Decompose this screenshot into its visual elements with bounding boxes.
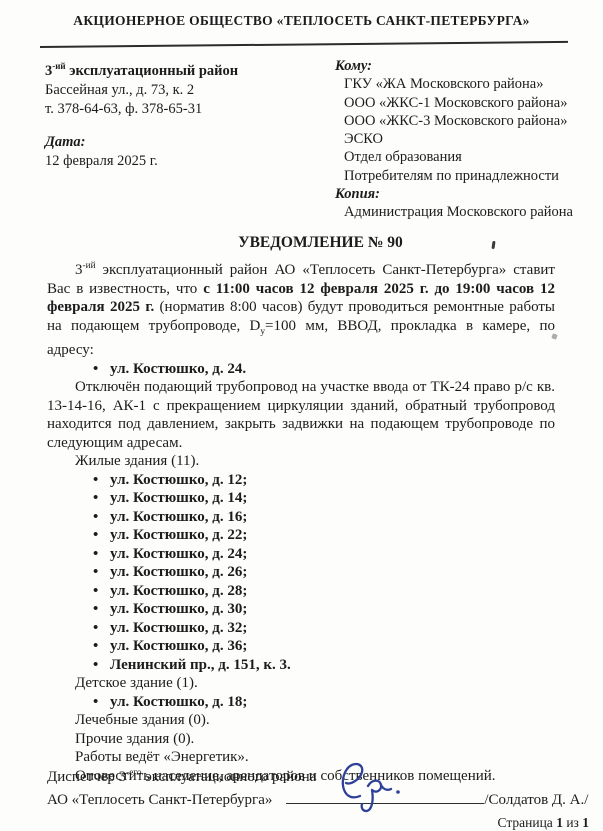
- address-list-item: •ул. Костюшко, д. 16;: [47, 508, 555, 527]
- page-number-line: Страница 1 из 1: [47, 813, 589, 831]
- address-text: ул. Костюшко, д. 24;: [110, 546, 247, 562]
- date-label: Дата:: [45, 133, 335, 152]
- address-text: ул. Костюшко, д. 12;: [110, 472, 247, 488]
- address-text: ул. Костюшко, д. 30;: [110, 601, 247, 617]
- address-list-item: •ул. Костюшко, д. 28;: [47, 582, 555, 601]
- bullet-icon: •: [93, 526, 98, 545]
- intro-paragraph: 3-ий эксплуатационный район АО «Теплосет…: [47, 257, 555, 360]
- address-text: ул. Костюшко, д. 14;: [110, 490, 247, 506]
- sender-district: 3-ий эксплуатационный район: [45, 57, 335, 81]
- page-number: 1: [556, 815, 563, 830]
- copy-label: Копия:: [335, 185, 585, 203]
- district-name: эксплуатационный район: [66, 63, 239, 79]
- role-ordinal-suffix: -его: [126, 768, 141, 778]
- bullet-icon: •: [93, 508, 98, 527]
- handwritten-signature: [332, 758, 418, 814]
- scanned-notice-page: АКЦИОНЕРНОЕ ОБЩЕСТВО «ТЕПЛОСЕТЬ САНКТ-ПЕ…: [0, 0, 603, 831]
- footer-org: АО «Теплосеть Санкт-Петербурга»: [47, 791, 272, 810]
- bullet-icon: •: [93, 656, 98, 675]
- sender-address: Бассейная ул., д. 73, к. 2: [45, 81, 335, 100]
- bullet-icon: •: [93, 619, 98, 638]
- address-text: ул. Костюшко, д. 28;: [110, 583, 247, 599]
- district-ordinal-suffix: -ий: [52, 61, 65, 71]
- footer: Диспетчер 3-его эксплуатационного района…: [47, 764, 589, 831]
- date-value: 12 февраля 2025 г.: [45, 152, 335, 171]
- role-text: эксплуатационного района: [142, 769, 317, 785]
- address-text: ул. Костюшко, д. 22;: [110, 527, 247, 543]
- sender-block: 3-ий эксплуатационный район Бассейная ул…: [45, 57, 335, 222]
- role-text: Диспетчер 3: [47, 769, 126, 785]
- bullet-icon: •: [93, 360, 98, 379]
- signature-row: АО «Теплосеть Санкт-Петербурга» /Солдато…: [47, 787, 589, 810]
- signature-line: [286, 787, 484, 804]
- dispatcher-role-line: Диспетчер 3-его эксплуатационного района: [47, 764, 589, 787]
- address-list-item: •ул. Костюшко, д. 36;: [47, 637, 555, 656]
- bullet-icon: •: [93, 545, 98, 564]
- address-list-item: •ул. Костюшко, д. 30;: [47, 600, 555, 619]
- address-list-item: •ул. Костюшко, д. 12;: [47, 471, 555, 490]
- address-list-item: •ул. Костюшко, д. 26;: [47, 563, 555, 582]
- bullet-icon: •: [93, 489, 98, 508]
- district-number: 3: [75, 262, 83, 278]
- work-address-bullet: •ул. Костюшко, д. 24.: [47, 360, 555, 379]
- recipient-item: ООО «ЖКС-3 Московского района»: [335, 112, 585, 130]
- medical-section-header: Лечебные здания (0).: [47, 711, 555, 730]
- recipient-item: ООО «ЖКС-1 Московского района»: [335, 94, 585, 112]
- address-list-item: •Ленинский пр., д. 151, к. 3.: [47, 656, 555, 675]
- address-text: ул. Костюшко, д. 18;: [110, 694, 247, 710]
- letterhead: 3-ий эксплуатационный район Бассейная ул…: [45, 57, 585, 222]
- page-total: 1: [582, 815, 589, 830]
- children-section-header: Детское здание (1).: [47, 674, 555, 693]
- recipient-item: ЭСКО: [335, 130, 585, 148]
- bullet-icon: •: [93, 693, 98, 712]
- recipients-block: Кому: ГКУ «ЖА Московского района» ООО «Ж…: [335, 57, 585, 222]
- organization-header: АКЦИОНЕРНОЕ ОБЩЕСТВО «ТЕПЛОСЕТЬ САНКТ-ПЕ…: [0, 13, 603, 29]
- shutdown-details-paragraph: Отключён подающий трубопровод на участке…: [47, 378, 555, 452]
- address-text: ул. Костюшко, д. 16;: [110, 509, 247, 525]
- of-word: из: [566, 815, 579, 830]
- address-list-item: •ул. Костюшко, д. 24;: [47, 545, 555, 564]
- bullet-icon: •: [93, 582, 98, 601]
- other-section-header: Прочие здания (0).: [47, 730, 555, 749]
- address-list-item: •ул. Костюшко, д. 22;: [47, 526, 555, 545]
- header-divider: [40, 41, 568, 48]
- notice-body: 3-ий эксплуатационный район АО «Теплосет…: [47, 257, 555, 785]
- address-list-item: •ул. Костюшко, д. 32;: [47, 619, 555, 638]
- address-text: ул. Костюшко, д. 32;: [110, 620, 247, 636]
- copy-recipient-item: Администрация Московского района: [335, 203, 585, 221]
- bullet-icon: •: [93, 600, 98, 619]
- address-text: ул. Костюшко, д. 36;: [110, 638, 247, 654]
- address-list-item: •ул. Костюшко, д. 18;: [47, 693, 555, 712]
- recipient-item: Потребителям по принадлежности: [335, 167, 585, 185]
- signee-name: /Солдатов Д. А./: [484, 791, 588, 810]
- to-label: Кому:: [335, 57, 585, 75]
- recipient-item: Отдел образования: [335, 148, 585, 166]
- bullet-icon: •: [93, 471, 98, 490]
- residential-section-header: Жилые здания (11).: [47, 452, 555, 471]
- document-title: УВЕДОМЛЕНИЕ № 90: [19, 234, 603, 252]
- district-ordinal-suffix: -ий: [83, 261, 96, 271]
- page-word: Страница: [498, 815, 553, 830]
- recipient-item: ГКУ «ЖА Московского района»: [335, 75, 585, 93]
- bullet-icon: •: [93, 563, 98, 582]
- sender-phones: т. 378-64-63, ф. 378-65-31: [45, 100, 335, 119]
- work-address: ул. Костюшко, д. 24.: [110, 361, 246, 377]
- bullet-icon: •: [93, 637, 98, 656]
- address-text: ул. Костюшко, д. 26;: [110, 564, 247, 580]
- address-text: Ленинский пр., д. 151, к. 3.: [110, 657, 291, 673]
- address-list-item: •ул. Костюшко, д. 14;: [47, 489, 555, 508]
